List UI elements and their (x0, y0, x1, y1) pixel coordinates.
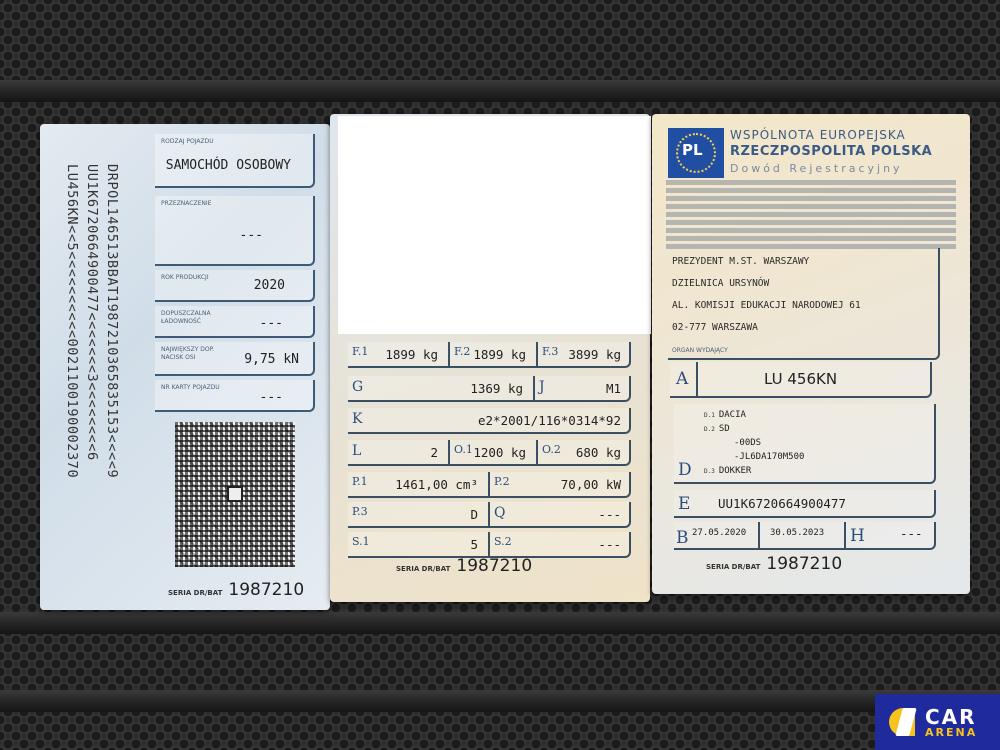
mrz-zone: DRPOL146513BBAT1987210365835153<<<<9 UU1… (64, 164, 124, 584)
field-a-registration: A LU 456KN (670, 362, 932, 398)
header-eu: WSPÓLNOTA EUROPEJSKA (730, 128, 906, 142)
field-q: Q--- (488, 502, 631, 526)
d-line: D.3DOKKER (704, 466, 751, 476)
field-s-1: S.15 (348, 532, 488, 556)
field-f-1: F.11899 kg (348, 342, 448, 366)
field-s-2: S.2--- (488, 532, 631, 556)
seria-number-middle: SERIA DR/BAT 1987210 (396, 556, 532, 576)
field-l: L2 (348, 440, 448, 464)
seria-number-left: SERIA DR/BAT 1987210 (168, 580, 304, 600)
field-f-2: F.21899 kg (448, 342, 536, 366)
mrz-line-1: DRPOL146513BBAT1987210365835153<<<<9 (104, 164, 120, 478)
field-b-i-h: B 27.05.2020 30.05.2023 H --- (674, 522, 936, 550)
field-payload: Dopuszczalna ładowność --- (155, 306, 315, 338)
field-production-year: Rok produkcji 2020 (155, 270, 315, 302)
microprint (666, 180, 956, 250)
mat-rib (0, 80, 1000, 102)
header-country: RZECZPOSPOLITA POLSKA (730, 144, 932, 159)
field-purpose: Przeznaczenie --- (155, 196, 315, 266)
mrz-line-2: UU1K6720664900477<<<<<<<3<<<<<<<<6 (84, 164, 100, 461)
field-row: P.3DQ--- (348, 502, 631, 528)
mat-rib (0, 690, 1000, 712)
field-vehicle-type: Rodzaj pojazdu SAMOCHÓD OSOBOWY (155, 134, 315, 188)
vin-value: UU1K6720664900477 (718, 496, 846, 511)
right-page: PL WSPÓLNOTA EUROPEJSKA RZECZPOSPOLITA P… (652, 114, 970, 594)
field-row: S.15S.2--- (348, 532, 631, 558)
field-g: G1369 kg (348, 376, 533, 400)
field-p-3: P.3D (348, 502, 488, 526)
field-o-1: O.11200 kg (448, 440, 536, 464)
field-f-3: F.33899 kg (536, 342, 631, 366)
field-j: JM1 (533, 376, 631, 400)
left-page: DRPOL146513BBAT1987210365835153<<<<9 UU1… (40, 124, 330, 610)
field-k: Ke2*2001/116*0314*92 (348, 408, 631, 432)
redacted-area (338, 116, 651, 334)
field-vehicle-card-no: Nr karty pojazdu --- (155, 380, 315, 412)
mrz-line-3: LU456KN<<5<<<<<<<<<<0021100190002370 (64, 164, 80, 478)
field-e-vin: E UU1K6720664900477 (674, 490, 936, 518)
d-line: -JL6DA170M500 (730, 452, 804, 462)
header-doc-title: Dowód Rejestracyjny (730, 162, 903, 175)
field-row: Ke2*2001/116*0314*92 (348, 408, 631, 434)
mat-rib (0, 612, 1000, 634)
d-line: D.1DACIA (704, 410, 746, 420)
field-o-2: O.2680 kg (536, 440, 631, 464)
registration-document: DRPOL146513BBAT1987210365835153<<<<9 UU1… (40, 108, 970, 608)
field-p-2: P.270,00 kW (488, 472, 631, 496)
d-line: -00DS (730, 438, 761, 448)
issuing-authority: PREZYDENT M.ST. WARSZAWY DZIELNICA URSYN… (668, 248, 940, 360)
field-axle-load: Największy dop. nacisk osi 9,75 kN (155, 342, 315, 376)
field-p-1: P.11461,00 cm³ (348, 472, 488, 496)
d-line: D.2SD (704, 424, 730, 434)
field-row: L2O.11200 kgO.2680 kg (348, 440, 631, 466)
field-row: P.11461,00 cm³P.270,00 kW (348, 472, 631, 498)
field-row: F.11899 kgF.21899 kgF.33899 kg (348, 342, 631, 368)
aztec-code (175, 422, 295, 567)
registration-number: LU 456KN (764, 370, 837, 388)
field-row: G1369 kgJM1 (348, 376, 631, 402)
eu-flag-icon: PL (668, 128, 724, 178)
field-d-make-model: D D.1DACIAD.2SD-00DS-JL6DA170M500D.3DOKK… (674, 404, 936, 484)
seria-number-right: SERIA DR/BAT 1987210 (706, 554, 842, 574)
car-arena-logo: CAR ARENA (875, 694, 1000, 750)
car-arena-logo-icon (889, 706, 917, 738)
